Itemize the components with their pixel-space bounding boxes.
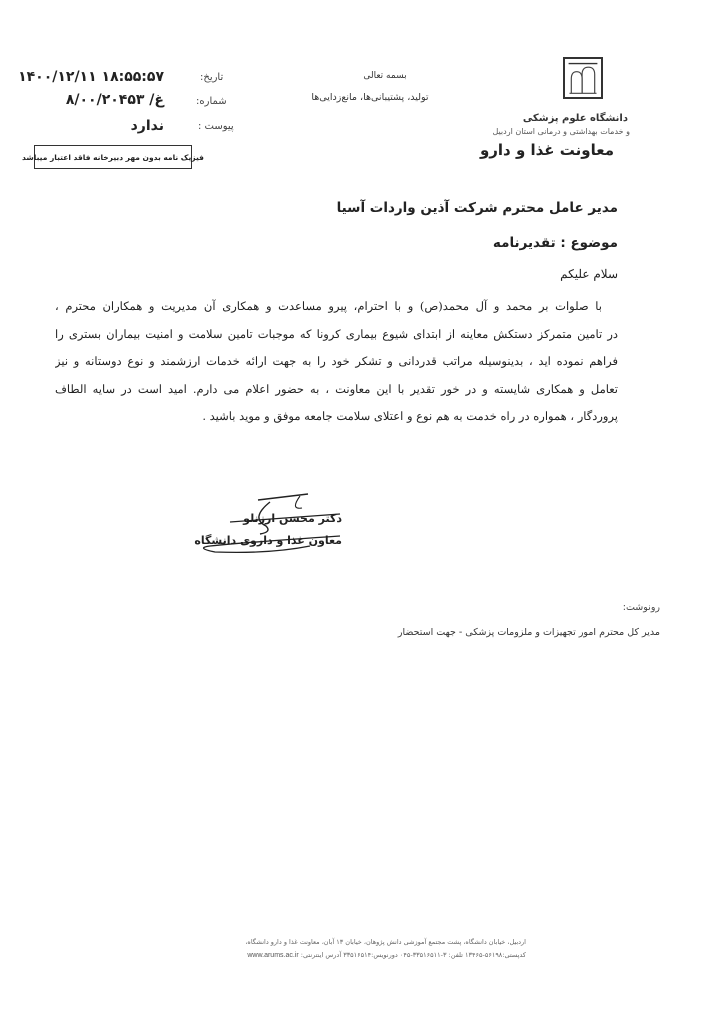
- attachment-value: ندارد: [131, 118, 164, 134]
- recipient: مدیر عامل محترم شرکت آذین واردات آسیا: [337, 200, 618, 216]
- university-name: دانشگاه علوم پزشکی: [523, 113, 628, 124]
- body-line: پروردگار ، همواره در راه خدمت به هم نوع …: [55, 403, 618, 431]
- deputy-name: معاونت غذا و دارو: [480, 141, 614, 159]
- date-label: تاریخ:: [200, 72, 223, 83]
- slogan: تولید، پشتیبانی‌ها، مانع‌زدایی‌ها: [285, 92, 455, 103]
- university-subtitle: و خدمات بهداشتی و درمانی استان اردبیل: [492, 127, 630, 136]
- body-line: با صلوات بر محمد و آل محمد(ص) و با احترا…: [55, 293, 618, 321]
- date-value: ۱۴۰۰/۱۲/۱۱ ۱۸:۵۵:۵۷: [18, 69, 164, 85]
- signatory-title: معاون غذا و داروی دانشگاه: [194, 534, 342, 547]
- footer-address: اردبیل، خیابان دانشگاه، پشت مجتمع آموزشی…: [245, 938, 526, 946]
- bismillah: بسمه تعالی: [340, 71, 430, 81]
- signatory-name: دکتر محسن ارزنلو: [243, 512, 342, 525]
- body-line: در تامین متمرکز دستکش معاینه از ابتدای ش…: [55, 321, 618, 349]
- cc-label: رونوشت:: [623, 602, 660, 613]
- number-label: شماره:: [196, 96, 227, 107]
- stamp-validity-note: فیزیک نامه بدون مهر دبیرخانه فاقد اعتبار…: [34, 145, 192, 169]
- greeting: سلام علیکم: [560, 267, 618, 281]
- attachment-label: پیوست :: [198, 121, 234, 132]
- letter-body: با صلوات بر محمد و آل محمد(ص) و با احترا…: [55, 293, 618, 431]
- number-value: غ/ ۸/۰۰/۲۰۴۵۳: [66, 92, 164, 108]
- footer-contact: کدپستی:۵۶۱۹۸-۱۳۴۶۵ تلفن: ۳-۳۳۵۱۶۵۱۱-۰۴۵ …: [247, 951, 526, 959]
- footer-contact-text: کدپستی:۵۶۱۹۸-۱۳۴۶۵ تلفن: ۳-۳۳۵۱۶۵۱۱-۰۴۵ …: [301, 951, 526, 959]
- footer-website-link[interactable]: www.arums.ac.ir: [247, 952, 298, 959]
- body-line: تعامل و همکاری شایسته و در خور تقدیر با …: [55, 376, 618, 404]
- subject: موضوع : تقدیرنامه: [493, 235, 618, 251]
- university-logo: [563, 57, 603, 99]
- cc-recipient: مدیر کل محترم امور تجهیزات و ملزومات پزش…: [398, 627, 660, 638]
- university-book-logo-icon: [565, 59, 601, 97]
- body-line: فراهم نموده اید ، بدینوسیله مراتب قدردان…: [55, 348, 618, 376]
